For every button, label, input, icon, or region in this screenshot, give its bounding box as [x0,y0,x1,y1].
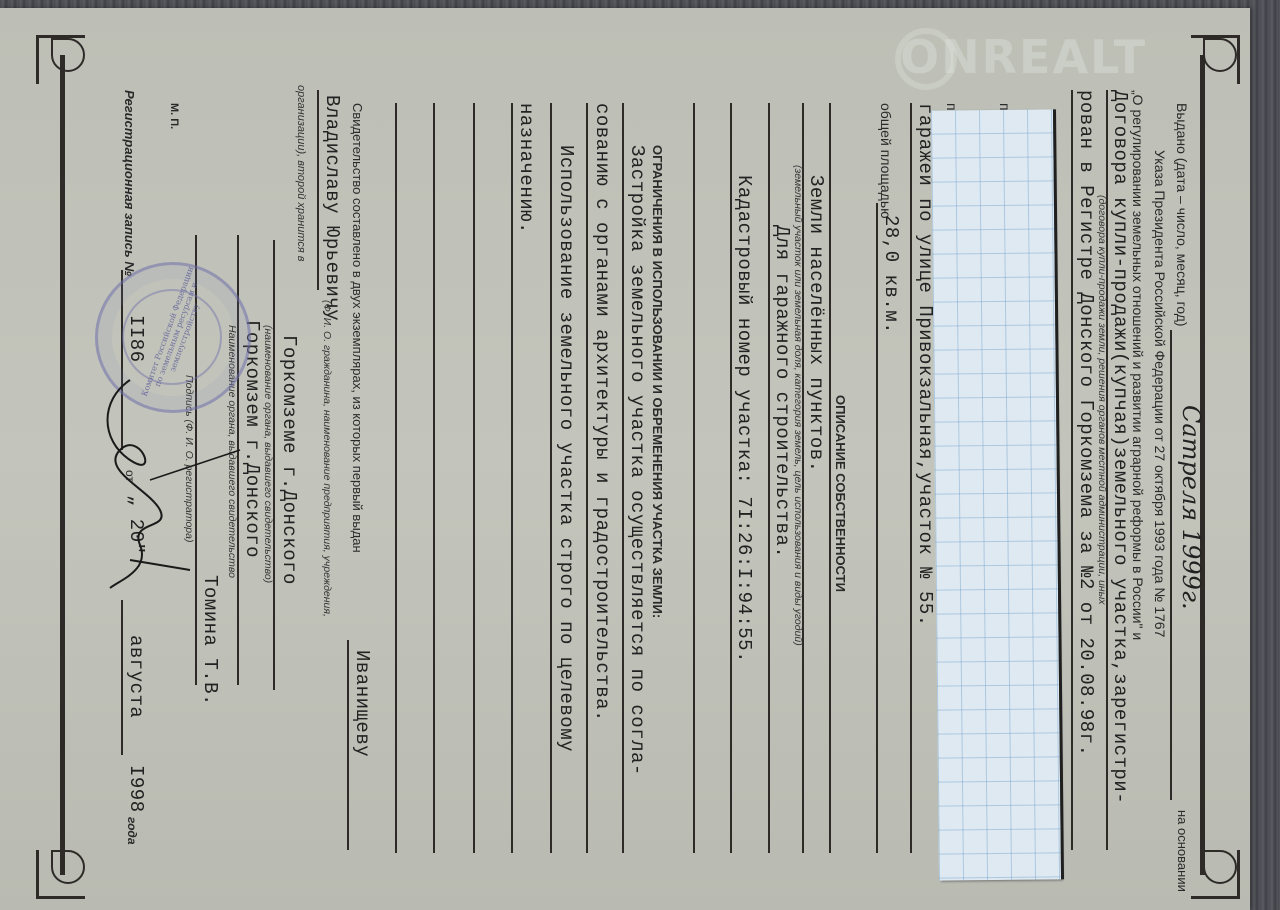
rule [396,103,398,853]
rule [474,103,476,853]
restrictions-line-3: Использование земельного участка строго … [555,145,577,752]
issued-label: Выдано (дата – число, месяц, год) [1174,103,1190,327]
decree-line-2: „О регулировании земельных отношений и р… [1130,90,1146,640]
rule [769,103,771,853]
second-copy-label: организации), второй хранится в [295,85,307,262]
restrictions-line-1: Застройка земельного участка осуществляе… [626,145,648,776]
area-value: 28,0 кв.м. [880,215,902,334]
cadastral-number: Кадастровый номер участка: 7I:26:I:94:55… [733,175,755,663]
rule [551,103,553,853]
reg-label: Регистрационная запись № [122,90,137,276]
rule [512,103,514,853]
ornament-corner-icon [1191,850,1240,899]
rule [348,640,350,850]
basis-label: на основании [1175,810,1190,892]
rule [434,103,436,853]
rule [830,103,832,853]
second-copy-value: Горкомземе г.Донского [278,335,300,585]
holder-hint: (Ф. И. О. гражданина, наименование предп… [321,300,333,617]
rule [122,600,124,755]
restrictions-line-2: сованию с органами архитектуры и градост… [591,103,613,722]
second-copy-hint: (наименование органа, выдавшего свидетел… [262,325,274,583]
description-line-2: Для гаражного строительства. [771,225,793,558]
holder-name-2: Владиславу Юрьевичу [321,95,343,321]
reg-month: августа [125,635,147,718]
holder-name-1: Иванищеву [351,650,373,757]
rule [1171,330,1173,800]
reg-year-suffix: года [125,817,139,845]
rule [911,103,913,853]
rule [1072,90,1074,850]
rule [623,103,625,853]
description-heading: ОПИСАНИЕ СОБСТВЕННОСТИ [833,395,848,592]
restrictions-heading: ОГРАНИЧЕНИЯ В ИСПОЛЬЗОВАНИИ И ОБРЕМЕНЕНИ… [650,145,665,618]
restrictions-line-4: назначению. [515,103,537,234]
ornament-corner-icon [1191,35,1240,84]
description-line-1: Земли населённых пунктов. [805,175,827,473]
grid-paper-cover [931,109,1061,880]
reg-year: I998 [125,765,147,813]
description-hint: (земельный участок или земельная доля, к… [792,165,804,646]
signature-icon [90,370,260,590]
rule [694,103,696,853]
seal-label: М. П. [168,103,180,129]
copies-text: Свидетельство составлено в двух экземпля… [350,103,365,553]
decree-line-1: Указа Президента Российской Федерации от… [1152,150,1168,637]
rule [587,103,589,853]
contract-hint: (договора купли-продажи земли, решения о… [1096,195,1108,605]
frame-bottom-border [60,55,65,875]
rule [731,103,733,853]
issued-date: Сатреля 1999г. [1177,405,1205,610]
rule [877,203,879,853]
contract-line-2: рован в Регистре Донского Горкомзема за … [1075,90,1097,757]
rule [318,90,320,290]
registrar-value: Томина Т.В. [199,575,221,706]
contract-line-1: Договора купли-продажи(купчая)земельного… [1109,90,1131,804]
area-label: общей площадью [878,103,894,219]
ornament-corner-icon [36,35,85,84]
ornament-corner-icon [36,850,85,899]
